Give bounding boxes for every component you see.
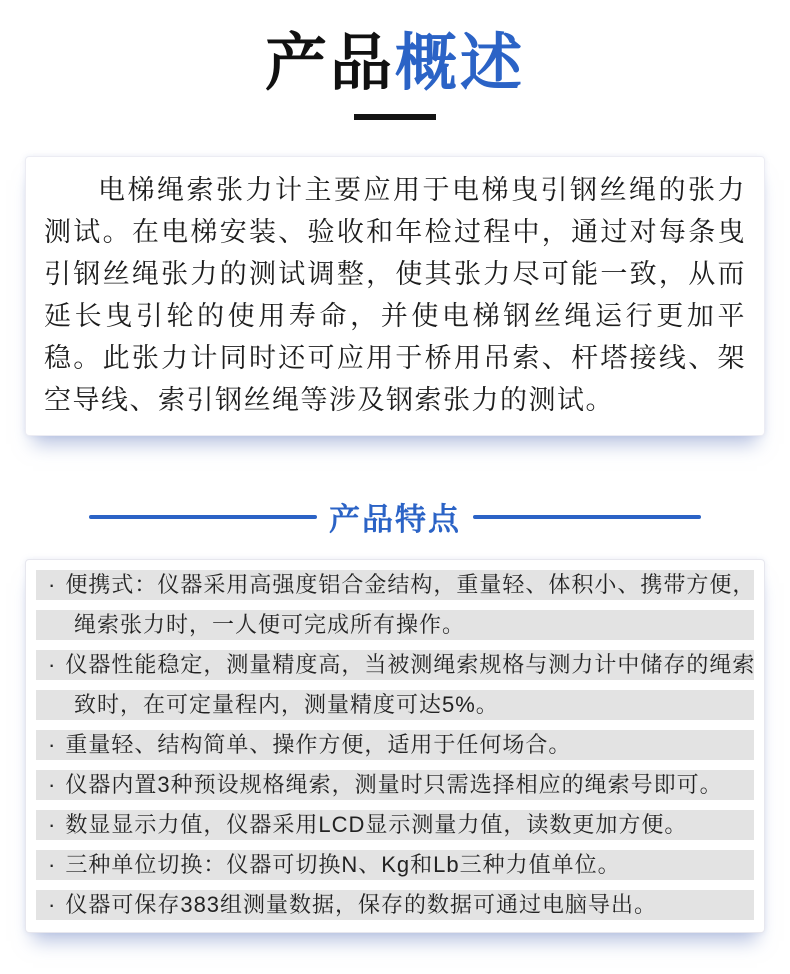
bullet-dot: · bbox=[48, 772, 56, 797]
features-card: ·便携式：仪器采用高强度铝合金结构，重量轻、体积小、携带方便，测量 绳索张力时，… bbox=[25, 559, 765, 933]
feature-text: 数显显示力值，仪器采用LCD显示测量力值，读数更加方便。 bbox=[65, 812, 687, 837]
feature-text: 仪器可保存383组测量数据，保存的数据可通过电脑导出。 bbox=[65, 892, 657, 917]
feature-text: 重量轻、结构简单、操作方便，适用于任何场合。 bbox=[65, 732, 571, 757]
feature-line-continued: 致时，在可定量程内，测量精度可达5%。 bbox=[36, 690, 754, 720]
feature-text: 绳索张力时，一人便可完成所有操作。 bbox=[74, 612, 465, 637]
bullet-dot: · bbox=[48, 652, 56, 677]
feature-line-continued: 绳索张力时，一人便可完成所有操作。 bbox=[36, 610, 754, 640]
feature-line: ·仪器内置3种预设规格绳索，测量时只需选择相应的绳索号即可。 bbox=[36, 770, 754, 800]
overview-text: 电梯绳索张力计主要应用于电梯曳引钢丝绳的张力测试。在电梯安装、验收和年检过程中，… bbox=[44, 169, 746, 421]
feature-line: ·三种单位切换：仪器可切换N、Kg和Lb三种力值单位。 bbox=[36, 850, 754, 880]
overview-card: 电梯绳索张力计主要应用于电梯曳引钢丝绳的张力测试。在电梯安装、验收和年检过程中，… bbox=[25, 156, 765, 436]
feature-line: ·仪器可保存383组测量数据，保存的数据可通过电脑导出。 bbox=[36, 890, 754, 920]
bullet-dot: · bbox=[48, 892, 56, 917]
heading-right-line bbox=[473, 515, 701, 519]
feature-text: 致时，在可定量程内，测量精度可达5%。 bbox=[74, 692, 499, 717]
page-title-black-part: 产品 bbox=[265, 29, 395, 98]
bullet-dot: · bbox=[48, 812, 56, 837]
feature-line: ·仪器性能稳定，测量精度高，当被测绳索规格与测力计中储存的绳索号一 bbox=[36, 650, 754, 680]
bullet-dot: · bbox=[48, 732, 56, 757]
features-heading-text: 产品特点 bbox=[325, 494, 465, 539]
feature-line: ·便携式：仪器采用高强度铝合金结构，重量轻、体积小、携带方便，测量 bbox=[36, 570, 754, 600]
features-heading: 产品特点 bbox=[0, 494, 790, 539]
feature-text: 便携式：仪器采用高强度铝合金结构，重量轻、体积小、携带方便，测量 bbox=[65, 572, 754, 597]
feature-line: ·数显显示力值，仪器采用LCD显示测量力值，读数更加方便。 bbox=[36, 810, 754, 840]
bullet-dot: · bbox=[48, 572, 56, 597]
bullet-dot: · bbox=[48, 852, 56, 877]
feature-text: 仪器性能稳定，测量精度高，当被测绳索规格与测力计中储存的绳索号一 bbox=[65, 652, 754, 677]
product-detail-page: 产品概述 电梯绳索张力计主要应用于电梯曳引钢丝绳的张力测试。在电梯安装、验收和年… bbox=[0, 0, 790, 974]
feature-line: ·重量轻、结构简单、操作方便，适用于任何场合。 bbox=[36, 730, 754, 760]
feature-text: 三种单位切换：仪器可切换N、Kg和Lb三种力值单位。 bbox=[65, 852, 620, 877]
page-title-blue-part: 概述 bbox=[395, 29, 525, 98]
title-underline bbox=[354, 114, 436, 120]
page-title: 产品概述 bbox=[0, 0, 790, 98]
heading-left-line bbox=[89, 515, 317, 519]
feature-text: 仪器内置3种预设规格绳索，测量时只需选择相应的绳索号即可。 bbox=[65, 772, 722, 797]
